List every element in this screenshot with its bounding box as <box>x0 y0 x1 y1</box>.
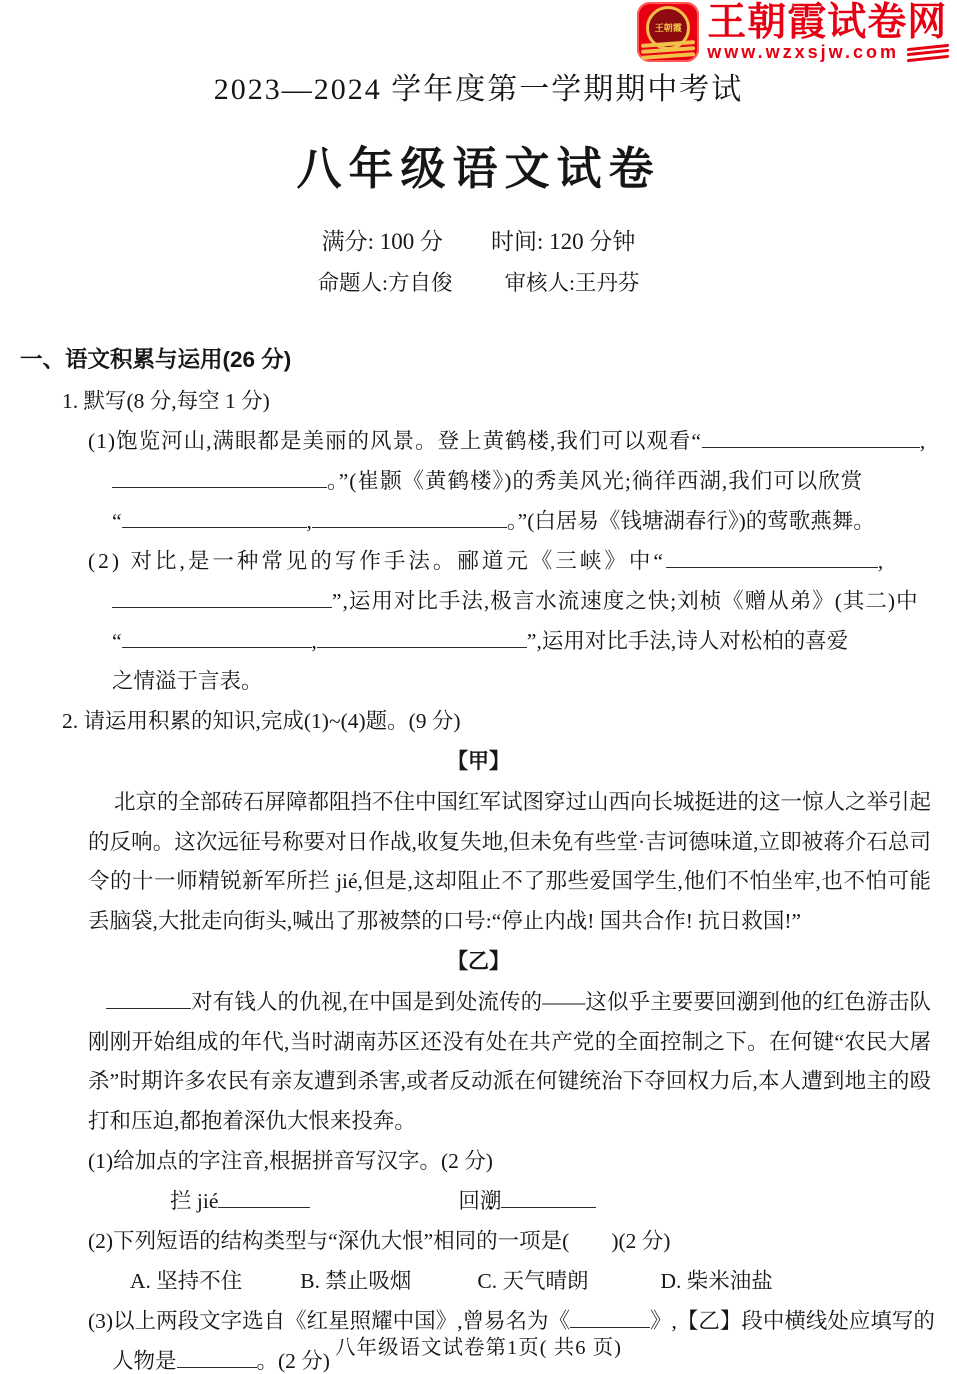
passage-jia-label: 【甲】 <box>0 741 957 783</box>
site-brand-text: 王朝霞试卷网 www.wzxsjw.com <box>707 2 949 63</box>
emphasis-dotted-char: 溯 <box>737 990 759 1014</box>
answer-blank <box>112 471 327 488</box>
spacer <box>310 1207 458 1208</box>
text-run: (1)给加点的字注音,根据拼音写汉字。(2 分) <box>88 1149 493 1173</box>
emphasis-dotted-char: 溯 <box>480 1189 502 1213</box>
answer-blank <box>570 1311 650 1328</box>
score-time-row: 满分: 100 分 时间: 120 分钟 <box>0 223 957 256</box>
text-run: 【乙】 <box>447 950 510 973</box>
text-run: , <box>920 429 926 453</box>
text-run: 北京的全部砖石屏障都阻挡不住中国红军试图穿过山西向长城挺进的这一惊人之举引起的反… <box>88 790 931 933</box>
q1-sub2-line-1: (2) 对比,是一种常见的写作手法。郦道元《三峡》中“, <box>88 541 957 581</box>
text-run: 一、语文积累与运用(26 分) <box>20 347 291 372</box>
text-run: A. 坚持不住 <box>130 1269 242 1293</box>
answer-blank <box>312 511 507 528</box>
q1-sub1-line-2: 。”(崔颢《黄鹤楼》)的秀美风光;徜徉西湖,我们可以欣赏 <box>112 461 957 501</box>
text-run: )(2 分) <box>611 1229 670 1253</box>
q2-sub1-stem: (1)给加点的字注音,根据拼音写汉字。(2 分) <box>88 1141 957 1181</box>
time-limit-label: 时间: 120 分钟 <box>491 223 635 256</box>
text-run: (1)饱览河山,满眼都是美丽的风景。登上黄鹤楼,我们可以观看“ <box>88 429 702 453</box>
full-score-label: 满分: 100 分 <box>322 223 443 256</box>
text-run: (2) 对比,是一种常见的写作手法。郦道元《三峡》中“ <box>88 549 666 573</box>
waves-icon <box>907 46 949 60</box>
site-brand: 王朝霞 王朝霞试卷网 www.wzxsjw.com <box>637 2 949 63</box>
q1-sub2-line-2: ”,运用对比手法,极言水流速度之快;刘桢《赠从弟》(其二)中 <box>112 581 957 621</box>
answer-blank <box>218 1191 310 1208</box>
site-logo-icon: 王朝霞 <box>637 2 699 62</box>
exam-body: 一、语文积累与运用(26 分)1. 默写(8 分,每空 1 分)(1)饱览河山,… <box>0 339 957 1374</box>
answer-blank <box>501 1191 596 1208</box>
q1-sub1-line-1: (1)饱览河山,满眼都是美丽的风景。登上黄鹤楼,我们可以观看“, <box>88 421 957 461</box>
spacer <box>569 1247 611 1248</box>
q2-stem: 2. 请运用积累的知识,完成(1)~(4)题。(9 分) <box>62 701 957 741</box>
answer-blank <box>666 551 878 568</box>
text-run: 【甲】 <box>447 750 510 773</box>
answer-blank <box>106 992 191 1009</box>
text-run: 回 <box>458 1189 480 1213</box>
passage-jia: 北京的全部砖石屏障都阻挡不住中国红军试图穿过山西向长城挺进的这一惊人之举引起的反… <box>88 783 931 941</box>
text-run: (2)下列短语的结构类型与“深仇大恨”相同的一项是( <box>88 1229 569 1253</box>
passage-yi: 对有钱人的仇视,在中国是到处流传的——这似乎主要要回溯到他的红色游击队刚刚开始组… <box>88 983 931 1141</box>
q1-sub2-line-4: 之情溢于言表。 <box>112 661 957 701</box>
site-name: 王朝霞试卷网 <box>707 2 947 44</box>
site-url-row: www.wzxsjw.com <box>707 42 949 63</box>
spacer <box>242 1287 300 1288</box>
spacer <box>411 1287 477 1288</box>
q2-sub1-answer-line: 拦 jié回溯 <box>170 1181 957 1221</box>
text-run: 之情溢于言表。 <box>112 669 263 693</box>
spacer <box>88 1008 106 1009</box>
text-run: D. 柴米油盐 <box>660 1269 772 1293</box>
q2-sub2-options: A. 坚持不住B. 禁止吸烟C. 天气晴朗D. 柴米油盐 <box>130 1261 957 1301</box>
exam-paper-page: 王朝霞 王朝霞试卷网 www.wzxsjw.com 2023—2024 学年度第… <box>0 0 957 1374</box>
reviewer-label: 审核人:王丹芬 <box>505 266 640 297</box>
page-footer: 八年级语文试卷第1页( 共6 页) <box>0 1330 957 1360</box>
text-run: “ <box>112 509 122 533</box>
text-run: ”,运用对比手法,极言水流速度之快;刘桢《赠从弟》(其二)中 <box>332 589 919 613</box>
text-run: 2. 请运用积累的知识,完成(1)~(4)题。(9 分) <box>62 709 461 733</box>
text-run: 拦 jié <box>170 1189 218 1213</box>
text-run: , <box>878 549 886 573</box>
answer-blank <box>122 511 307 528</box>
logo-medal-text: 王朝霞 <box>655 23 682 33</box>
question-setter-label: 命题人:方自俊 <box>318 266 453 297</box>
q1-sub1-line-3: “,。”(白居易《钱塘湖春行》)的莺歌燕舞。 <box>112 501 957 541</box>
paper-title: 八年级语文试卷 <box>0 132 957 197</box>
text-run: 。”(白居易《钱塘湖春行》)的莺歌燕舞。 <box>507 509 875 533</box>
section-1-heading: 一、语文积累与运用(26 分) <box>20 339 957 381</box>
q1-sub2-line-3: “,”,运用对比手法,诗人对松柏的喜爱 <box>112 621 957 661</box>
text-run: “ <box>112 629 122 653</box>
q2-sub2-stem: (2)下列短语的结构类型与“深仇大恨”相同的一项是()(2 分) <box>88 1221 957 1261</box>
spacer <box>588 1287 660 1288</box>
q1-stem: 1. 默写(8 分,每空 1 分) <box>62 381 957 421</box>
answer-blank <box>702 431 920 448</box>
text-run: 1. 默写(8 分,每空 1 分) <box>62 389 270 413</box>
setter-reviewer-row: 命题人:方自俊 审核人:王丹芬 <box>0 266 957 297</box>
answer-blank <box>122 631 312 648</box>
site-url: www.wzxsjw.com <box>707 42 899 63</box>
text-run: C. 天气晴朗 <box>477 1269 588 1293</box>
answer-blank <box>317 631 527 648</box>
text-run: B. 禁止吸烟 <box>300 1269 411 1293</box>
text-run: 对有钱人的仇视,在中国是到处流传的——这似乎主要要回 <box>191 990 737 1014</box>
passage-yi-label: 【乙】 <box>0 941 957 983</box>
text-run: 。”(崔颢《黄鹤楼》)的秀美风光;徜徉西湖,我们可以欣赏 <box>327 469 863 493</box>
text-run: ”,运用对比手法,诗人对松柏的喜爱 <box>527 629 848 653</box>
answer-blank <box>112 591 332 608</box>
